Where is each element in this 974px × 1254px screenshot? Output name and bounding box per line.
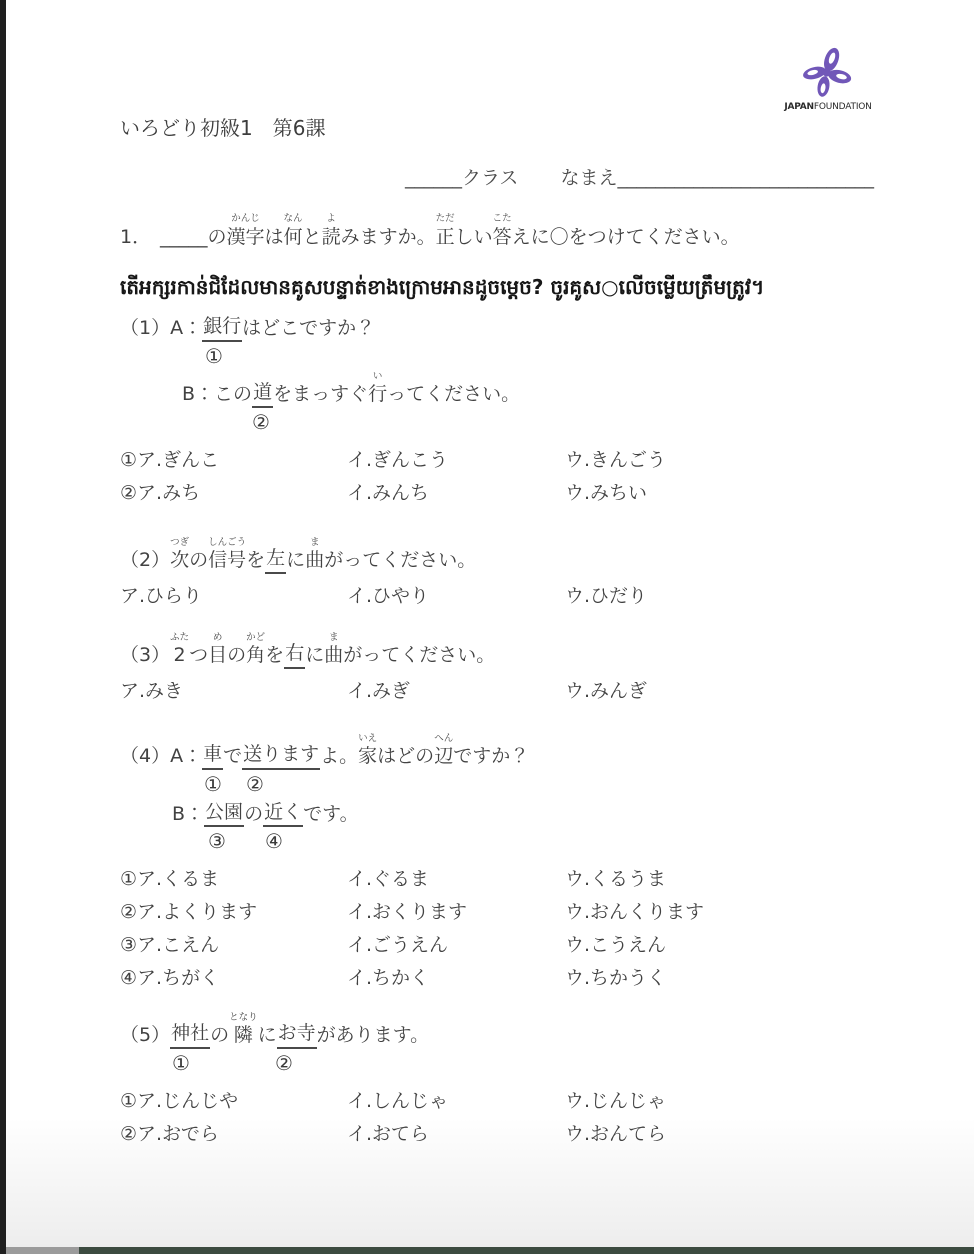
furigana: しんごう — [208, 538, 246, 548]
text-segment: と — [303, 225, 322, 251]
text-segment: の — [227, 643, 246, 669]
ruby-term: なん何 — [284, 214, 303, 250]
answer-marker-row: ② — [120, 408, 872, 438]
furigana: なん — [284, 214, 303, 224]
ruby-term: となり隣 — [229, 1013, 258, 1049]
text-segment: B： — [172, 802, 204, 828]
ruby-term: しんごう信号 — [208, 538, 246, 574]
option-choice: ①ア.じんじや — [120, 1085, 347, 1118]
text-segment: つ — [189, 643, 208, 669]
options-list: ア.みきイ.みぎウ.みんぎ — [120, 675, 872, 708]
underlined-term: 送ります — [242, 742, 320, 770]
text-segment: （1）A： — [120, 316, 202, 342]
bottom-edge-green-segment — [79, 1247, 974, 1254]
furigana: ふた — [170, 633, 189, 643]
option-choice: ウ.こうえん — [565, 929, 872, 962]
furigana: い — [373, 372, 383, 382]
question-line: B：この道をまっすぐい行ってください。 — [182, 372, 872, 408]
furigana: ただ — [436, 214, 455, 224]
text-segment: の — [189, 548, 208, 574]
furigana: つぎ — [170, 538, 189, 548]
options-row: ②ア.よくりますイ.おくりますウ.おんくります — [120, 896, 872, 929]
question-line: （2）つぎ次のしんごう信号を左にま曲がってください。 — [120, 538, 872, 574]
base-text: 正 — [436, 225, 455, 251]
base-text: 漢字 — [227, 225, 265, 251]
base-text: 次 — [170, 548, 189, 574]
option-choice: イ.おてら — [347, 1118, 565, 1151]
circled-number-marker: ① — [172, 1051, 190, 1075]
option-choice: イ.みぎ — [347, 675, 565, 708]
text-segment: えに〇をつけてください。 — [512, 225, 740, 251]
option-choice: イ.ぎんこう — [347, 444, 565, 477]
option-choice: ①ア.ぎんこ — [120, 444, 347, 477]
option-choice: ア.みき — [120, 675, 347, 708]
underlined-term: 左 — [265, 546, 286, 574]
text-segment: この — [214, 382, 252, 408]
text-segment: （4）A： — [120, 744, 202, 770]
class-label: クラス — [462, 167, 518, 189]
underlined-term: 神社 — [170, 1021, 210, 1049]
base-text: 曲 — [305, 548, 324, 574]
ruby-term: ただ正 — [436, 214, 455, 250]
answer-marker-row: ①② — [120, 770, 872, 800]
base-text: 目 — [208, 643, 227, 669]
text-segment: があります。 — [317, 1023, 429, 1049]
options-list: ア.ひらりイ.ひやりウ.ひだり — [120, 580, 872, 613]
text-segment: _____ — [160, 225, 208, 251]
ruby-term: かど角 — [246, 633, 265, 669]
options-row: ④ア.ちがくイ.ちかくウ.ちかうく — [120, 962, 872, 995]
question-line: （3）ふた2つめ目のかど角を右にま曲がってください。 — [120, 633, 872, 669]
option-choice: ウ.みんぎ — [565, 675, 872, 708]
text-segment: に — [305, 643, 324, 669]
class-name-line: ______クラスなまえ___________________________ — [405, 163, 872, 190]
circled-number-marker: ② — [275, 1051, 293, 1075]
base-text: 行 — [368, 382, 387, 408]
text-segment: よ。 — [320, 744, 358, 770]
text-segment: を — [246, 548, 265, 574]
ruby-term: かんじ漢字 — [227, 214, 265, 250]
furigana: かんじ — [231, 214, 260, 224]
circled-number-marker: ② — [246, 772, 264, 796]
question-line: （5）神社のとなり隣にお寺があります。 — [120, 1013, 872, 1049]
option-choice: ア.ひらり — [120, 580, 347, 613]
window-bottom-edge — [6, 1247, 974, 1254]
text-segment: の — [210, 1023, 229, 1049]
text-segment: の — [208, 225, 227, 251]
base-text: 隣 — [234, 1023, 253, 1049]
text-segment: B： — [182, 382, 214, 408]
text-segment: ってください。 — [387, 382, 520, 408]
name-label: なまえ — [560, 167, 617, 189]
options-list: ①ア.じんじやイ.しんじゃウ.じんじゃ②ア.おでらイ.おてらウ.おんてら — [120, 1085, 872, 1151]
options-row: ①ア.くるまイ.ぐるまウ.くるうま — [120, 863, 872, 896]
text-segment: に — [286, 548, 305, 574]
question-line: （4）A：車で送りますよ。いえ家はどのへん辺ですか？ — [120, 734, 872, 770]
question-line: B：公園の近くです。 — [172, 800, 872, 828]
text-segment: は — [265, 225, 284, 251]
text-segment: で — [223, 744, 242, 770]
option-choice: ウ.ちかうく — [565, 962, 872, 995]
bottom-edge-gray-segment — [6, 1247, 79, 1254]
option-choice: ②ア.みち — [120, 477, 347, 510]
furigana: いえ — [358, 734, 377, 744]
task-number: 1． — [120, 225, 160, 251]
answer-marker-row: ①② — [120, 1049, 872, 1079]
text-segment: （2） — [120, 548, 170, 574]
ruby-term: ま曲 — [324, 633, 343, 669]
base-text: 答 — [493, 225, 512, 251]
ruby-term: ふた2 — [170, 633, 189, 669]
question-q2: （2）つぎ次のしんごう信号を左にま曲がってください。ア.ひらりイ.ひやりウ.ひだ… — [120, 538, 872, 613]
underlined-term: 近く — [263, 800, 303, 828]
text-segment: ですか？ — [453, 744, 529, 770]
options-list: ①ア.くるまイ.ぐるまウ.くるうま②ア.よくりますイ.おくりますウ.おんくります… — [120, 863, 872, 994]
options-row: ①ア.じんじやイ.しんじゃウ.じんじゃ — [120, 1085, 872, 1118]
options-row: ②ア.おでらイ.おてらウ.おんてら — [120, 1118, 872, 1151]
option-choice: イ.ごうえん — [347, 929, 565, 962]
furigana: こた — [493, 214, 512, 224]
furigana: ま — [310, 538, 320, 548]
furigana: となり — [229, 1013, 258, 1023]
task1-instruction: 1． _____のかんじ漢字はなん何とよ読みますか。ただ正しいこた答えに〇をつけ… — [120, 214, 872, 250]
option-choice: イ.おくります — [347, 896, 565, 929]
option-choice: イ.ひやり — [347, 580, 565, 613]
question-line: （1）A：銀行はどこですか？ — [120, 314, 872, 342]
base-text: 2 — [174, 643, 186, 669]
answer-marker-row: ③④ — [120, 827, 872, 857]
base-text: 読 — [322, 225, 341, 251]
ruby-term: め目 — [208, 633, 227, 669]
circled-number-marker: ② — [252, 410, 270, 434]
answer-marker-row: ① — [120, 342, 872, 372]
base-text: 何 — [284, 225, 303, 251]
option-choice: イ.ちかく — [347, 962, 565, 995]
furigana: ま — [329, 633, 339, 643]
option-choice: ウ.おんくります — [565, 896, 872, 929]
options-row: ②ア.みちイ.みんちウ.みちい — [120, 477, 872, 510]
option-choice: ウ.くるうま — [565, 863, 872, 896]
furigana: よ — [326, 214, 336, 224]
worksheet-page: いろどり初級1 第6課 ______クラスなまえ________________… — [120, 0, 872, 1151]
text-segment: がってください。 — [343, 643, 495, 669]
base-text: 辺 — [434, 744, 453, 770]
underlined-term: 公園 — [204, 800, 244, 828]
text-segment: みますか。 — [341, 225, 436, 251]
underlined-term: 右 — [284, 641, 305, 669]
option-choice: ②ア.おでら — [120, 1118, 347, 1151]
option-choice: ウ.ひだり — [565, 580, 872, 613]
text-segment: しい — [455, 225, 493, 251]
furigana: かど — [246, 633, 265, 643]
name-blank-field: ___________________________ — [617, 167, 874, 189]
option-choice: ④ア.ちがく — [120, 962, 347, 995]
options-row: ③ア.こえんイ.ごうえんウ.こうえん — [120, 929, 872, 962]
questions-section: （1）A：銀行はどこですか？①B：この道をまっすぐい行ってください。②①ア.ぎん… — [120, 314, 872, 1151]
ruby-term: いえ家 — [358, 734, 377, 770]
circled-number-marker: ③ — [208, 829, 226, 853]
furigana: め — [213, 633, 223, 643]
text-segment: はどこですか？ — [242, 316, 375, 342]
class-blank-field: ______ — [405, 167, 462, 189]
text-segment: をまっすぐ — [273, 382, 368, 408]
option-choice: ウ.おんてら — [565, 1118, 872, 1151]
options-row: ア.みきイ.みぎウ.みんぎ — [120, 675, 872, 708]
text-segment: に — [258, 1023, 277, 1049]
option-choice: ウ.みちい — [565, 477, 872, 510]
base-text: 信号 — [208, 548, 246, 574]
option-choice: イ.しんじゃ — [347, 1085, 565, 1118]
ruby-term: い行 — [368, 372, 387, 408]
khmer-instruction: តើអក្សរកាន់ជិដែលមានគូសបន្ទាត់ខាងក្រោមអាន… — [120, 270, 872, 304]
page-left-border — [0, 0, 6, 1254]
option-choice: イ.ぐるま — [347, 863, 565, 896]
text-segment: を — [265, 643, 284, 669]
options-row: ①ア.ぎんこイ.ぎんこうウ.きんごう — [120, 444, 872, 477]
furigana: へん — [434, 734, 453, 744]
question-q4: （4）A：車で送りますよ。いえ家はどのへん辺ですか？①②B：公園の近くです。③④… — [120, 734, 872, 995]
underlined-term: 道 — [252, 380, 273, 408]
ruby-term: こた答 — [493, 214, 512, 250]
option-choice: ②ア.よくります — [120, 896, 347, 929]
option-choice: ウ.じんじゃ — [565, 1085, 872, 1118]
option-choice: イ.みんち — [347, 477, 565, 510]
underlined-term: お寺 — [277, 1021, 317, 1049]
text-segment: です。 — [303, 802, 358, 828]
ruby-term: ま曲 — [305, 538, 324, 574]
options-list: ①ア.ぎんこイ.ぎんこうウ.きんごう②ア.みちイ.みんちウ.みちい — [120, 444, 872, 510]
underlined-term: 銀行 — [202, 314, 242, 342]
text-segment: の — [244, 802, 263, 828]
text-segment: （3） — [120, 643, 170, 669]
option-choice: ウ.きんごう — [565, 444, 872, 477]
text-segment: はどの — [377, 744, 434, 770]
base-text: 家 — [358, 744, 377, 770]
circled-number-marker: ① — [205, 344, 223, 368]
circled-number-marker: ① — [204, 772, 222, 796]
text-segment: （5） — [120, 1023, 170, 1049]
question-q1: （1）A：銀行はどこですか？①B：この道をまっすぐい行ってください。②①ア.ぎん… — [120, 314, 872, 510]
question-q3: （3）ふた2つめ目のかど角を右にま曲がってください。ア.みきイ.みぎウ.みんぎ — [120, 633, 872, 708]
ruby-term: つぎ次 — [170, 538, 189, 574]
base-text: 角 — [246, 643, 265, 669]
base-text: 曲 — [324, 643, 343, 669]
options-row: ア.ひらりイ.ひやりウ.ひだり — [120, 580, 872, 613]
question-q5: （5）神社のとなり隣にお寺があります。①②①ア.じんじやイ.しんじゃウ.じんじゃ… — [120, 1013, 872, 1151]
ruby-term: へん辺 — [434, 734, 453, 770]
option-choice: ③ア.こえん — [120, 929, 347, 962]
worksheet-title: いろどり初級1 第6課 — [120, 112, 872, 141]
ruby-term: よ読 — [322, 214, 341, 250]
circled-number-marker: ④ — [265, 829, 283, 853]
option-choice: ①ア.くるま — [120, 863, 347, 896]
underlined-term: 車 — [202, 742, 223, 770]
text-segment: がってください。 — [324, 548, 476, 574]
